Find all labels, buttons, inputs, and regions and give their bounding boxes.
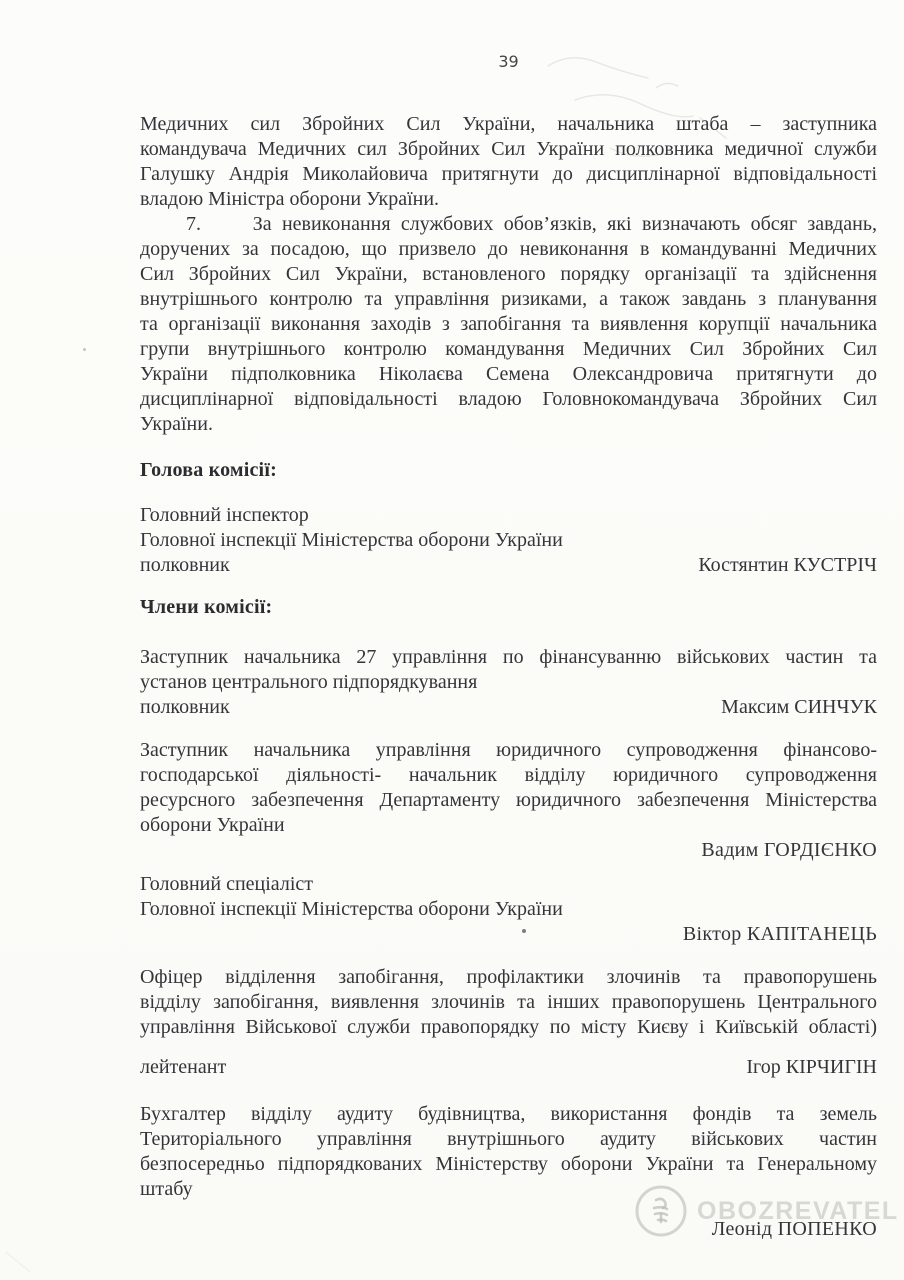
signatory-member-popenko: Бухгалтер відділу аудиту будівництва, ви… — [140, 1102, 877, 1242]
document-body: 39 Медичних сил Збройних Сил України, на… — [140, 0, 877, 1242]
scan-dot-artifact — [83, 348, 86, 351]
signatory-member-kapitanets: Головний спеціаліст Головної інспекції М… — [140, 872, 877, 947]
paragraph-line: доручених за посадою, що призвело до нев… — [140, 237, 877, 262]
signatory-rank: полковник — [140, 695, 230, 720]
signatory-title-line: управління Військової служби правопорядк… — [140, 1015, 877, 1040]
heading-commission-chair: Голова комісії: — [140, 458, 877, 483]
signatory-name: Вадим ГОРДІЄНКО — [140, 838, 877, 863]
signatory-title-line: Головної інспекції Міністерства оборони … — [140, 897, 877, 922]
page-number: 39 — [140, 52, 877, 72]
signatory-name: Леонід ПОПЕНКО — [140, 1217, 877, 1242]
signatory-title-line: Головної інспекції Міністерства оборони … — [140, 528, 877, 553]
signatory-title-line: відділу запобігання, виявлення злочинів … — [140, 990, 877, 1015]
signatory-rank: лейтенант — [140, 1055, 226, 1080]
signatory-member-kirchyhin: Офіцер відділення запобігання, профілакт… — [140, 965, 877, 1080]
signature-row: полковник Максим СИНЧУК — [140, 695, 877, 720]
signatory-title-line: Територіального управління внутрішнього … — [140, 1127, 877, 1152]
paragraph-line: 7. За невиконання службових обов’язків, … — [140, 212, 877, 237]
signatory-title-line: Головний спеціаліст — [140, 872, 877, 897]
paragraph-line: внутрішнього контролю та управління ризи… — [140, 287, 877, 312]
signatory-title-line: штабу — [140, 1177, 877, 1202]
paragraph-line: Сил Збройних Сил України, встановленого … — [140, 262, 877, 287]
signatory-name: Віктор КАПІТАНЕЦЬ — [140, 922, 877, 947]
paragraph-continuation: Медичних сил Збройних Сил України, начал… — [140, 112, 877, 212]
signatory-member-synchuk: Заступник начальника 27 управління по фі… — [140, 645, 877, 720]
signatory-title-line: безпосередньо підпорядкованих Міністерст… — [140, 1152, 877, 1177]
signatory-member-hordiienko: Заступник начальника управління юридично… — [140, 738, 877, 863]
scanned-document-page: OBOZREVATEL 39 Медичних сил Збройних Сил… — [0, 0, 904, 1280]
signatory-chair-kustrich: Головний інспектор Головної інспекції Мі… — [140, 503, 877, 578]
paragraph-line: України підполковника Ніколаєва Семена О… — [140, 362, 877, 387]
signatory-title-line: Офіцер відділення запобігання, профілакт… — [140, 965, 877, 990]
signatory-name: Костянтин КУСТРІЧ — [698, 553, 877, 578]
paragraph-line: України. — [140, 412, 877, 437]
paragraph-line: владою Міністра оборони України. — [140, 187, 877, 212]
signatory-title-line: Головний інспектор — [140, 503, 877, 528]
signatory-title-line: установ центрального підпорядкування — [140, 670, 877, 695]
signatory-title-line: господарської діяльності- начальник відд… — [140, 763, 877, 788]
paragraph-line: Галушку Андрія Миколайовича притягнути д… — [140, 162, 877, 187]
paragraph-line: командувача Медичних сил Збройних Сил Ук… — [140, 137, 877, 162]
signatory-name: Ігор КІРЧИГІН — [746, 1055, 877, 1080]
signatory-title-line: Заступник начальника управління юридично… — [140, 738, 877, 763]
signatory-title-line: оборони України — [140, 813, 877, 838]
paragraph-line: Медичних сил Збройних Сил України, начал… — [140, 112, 877, 137]
signatory-name: Максим СИНЧУК — [721, 695, 877, 720]
paragraph-line: групи внутрішнього контролю командування… — [140, 337, 877, 362]
heading-commission-members: Члени комісії: — [140, 595, 877, 620]
paragraph-line: та організації виконання заходів з запоб… — [140, 312, 877, 337]
signatory-title-line: Заступник начальника 27 управління по фі… — [140, 645, 877, 670]
signatory-rank: полковник — [140, 553, 230, 578]
signatory-title-line: Бухгалтер відділу аудиту будівництва, ви… — [140, 1102, 877, 1127]
signatory-title-line: ресурсного забезпечення Департаменту юри… — [140, 788, 877, 813]
signature-row: полковник Костянтин КУСТРІЧ — [140, 553, 877, 578]
paragraph-line: дисциплінарної відповідальності владою Г… — [140, 387, 877, 412]
paragraph-item-7: 7. За невиконання службових обов’язків, … — [140, 212, 877, 437]
signature-row: лейтенант Ігор КІРЧИГІН — [140, 1055, 877, 1080]
